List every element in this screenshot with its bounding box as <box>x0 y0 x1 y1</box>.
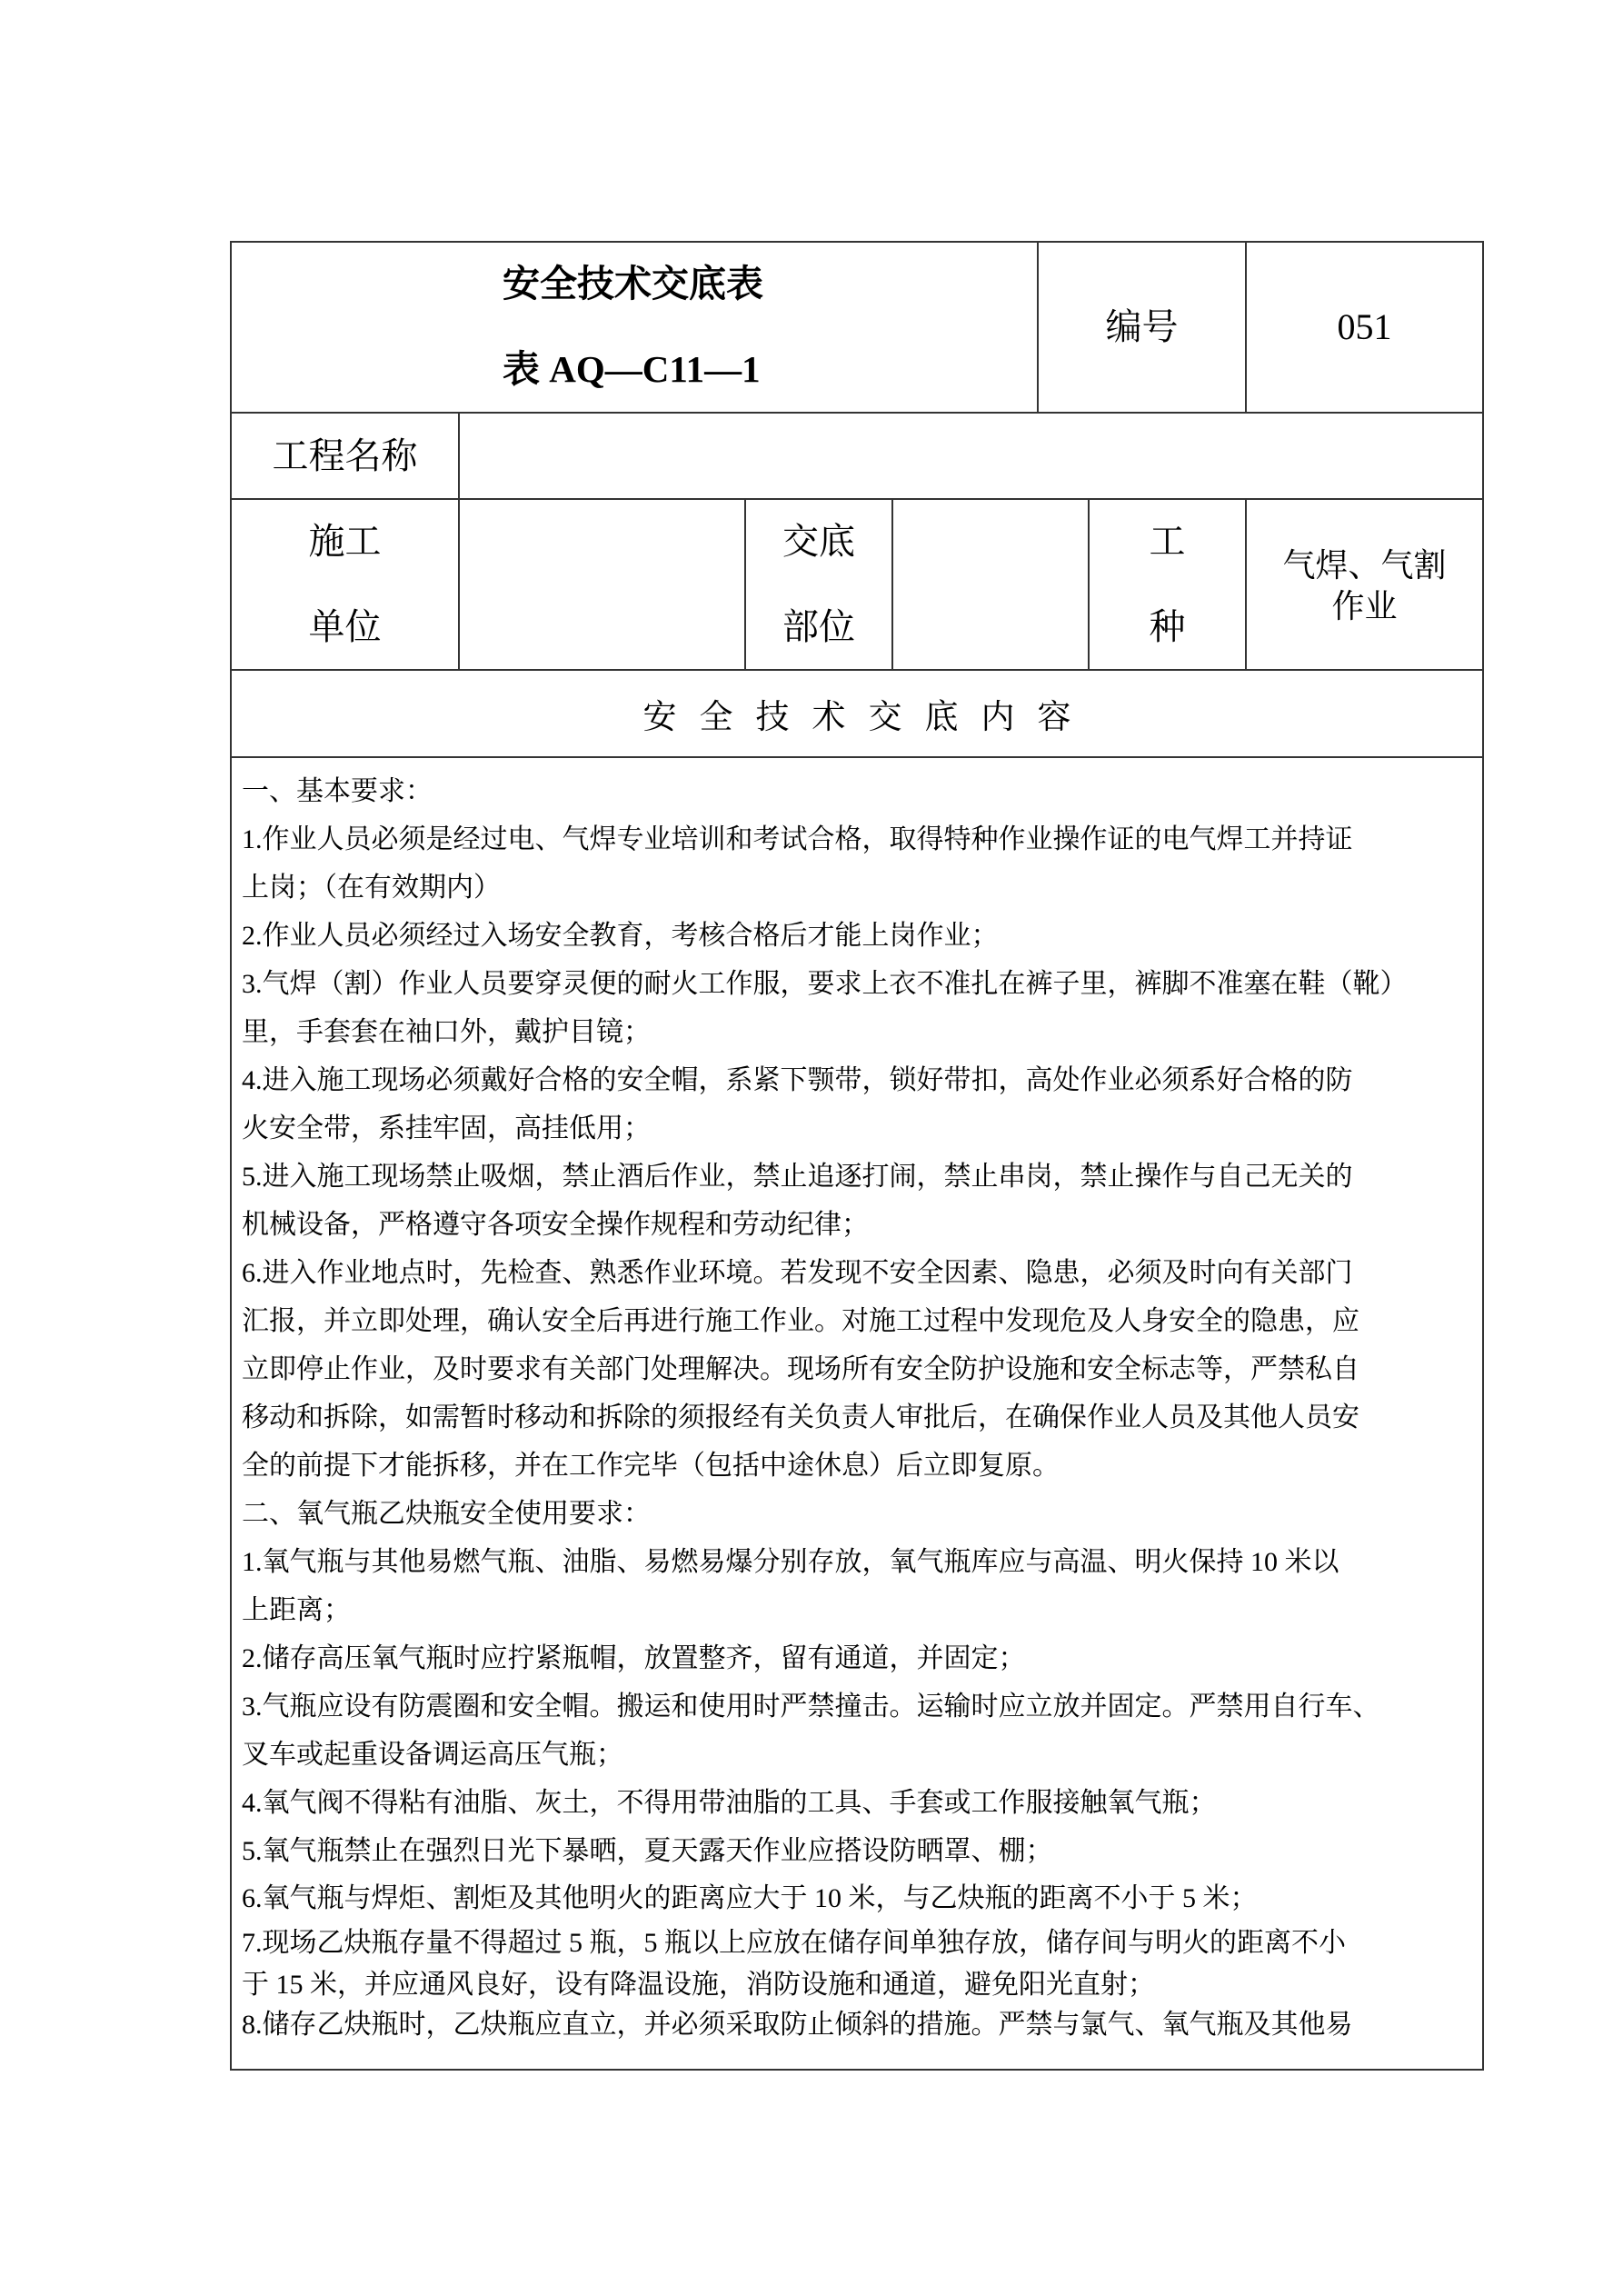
number-value: 051 <box>1338 309 1392 345</box>
content-line: 6.氧气瓶与焊炬、割炬及其他明火的距离应大于 10 米，与乙炔瓶的距离不小于 5… <box>242 1875 1479 1922</box>
contractor-field[interactable] <box>460 500 744 669</box>
project-name-label: 工程名称 <box>273 438 418 474</box>
content-line: 汇报，并立即处理，确认安全后再进行施工作业。对施工过程中发现危及人身安全的隐患，… <box>242 1297 1479 1345</box>
content-line: 叉车或起重设备调运高压气瓶； <box>242 1731 1479 1779</box>
number-label: 编号 <box>1106 309 1179 345</box>
project-name-field[interactable] <box>460 414 1482 498</box>
trade-value-line1: 气焊、气割 <box>1282 545 1446 586</box>
content-line: 上距离； <box>242 1586 1479 1634</box>
content-line: 5.进入施工现场禁止吸烟，禁止酒后作业，禁止追逐打闹，禁止串岗，禁止操作与自己无… <box>242 1153 1479 1201</box>
form-title: 安全技术交底表 <box>503 265 763 303</box>
content-line: 移动和拆除，如需暂时移动和拆除的须报经有关负责人审批后，在确保作业人员及其他人员… <box>242 1393 1479 1442</box>
location-field[interactable] <box>893 500 1088 669</box>
contractor-label-cell: 施工 单位 <box>232 500 458 669</box>
content-line: 8.储存乙炔瓶时，乙炔瓶应直立，并必须采取防止倾斜的措施。严禁与氯气、氧气瓶及其… <box>242 2005 1479 2045</box>
location-label-line1: 交底 <box>782 524 855 560</box>
content-line: 于 15 米，并应通风良好，设有降温设施，消防设施和通道，避免阳光直射； <box>242 1965 1479 2005</box>
location-label-line2: 部位 <box>782 609 855 645</box>
contractor-label-line1: 施工 <box>309 524 382 560</box>
content-line: 6.进入作业地点时，先检查、熟悉作业环境。若发现不安全因素、隐患，必须及时向有关… <box>242 1249 1479 1297</box>
trade-label-line1: 工 <box>1150 524 1186 560</box>
content-body: 一、基本要求： 1.作业人员必须是经过电、气焊专业培训和考试合格，取得特种作业操… <box>242 767 1479 2045</box>
trade-label-line2: 种 <box>1150 609 1186 645</box>
content-line: 3.气瓶应设有防震圈和安全帽。搬运和使用时严禁撞击。运输时应立放并固定。严禁用自… <box>242 1682 1479 1731</box>
content-line: 3.气焊（割）作业人员要穿灵便的耐火工作服，要求上衣不准扎在裤子里，裤脚不准塞在… <box>242 960 1479 1008</box>
content-line: 立即停止作业，及时要求有关部门处理解决。现场所有安全防护设施和安全标志等，严禁私… <box>242 1345 1479 1393</box>
row-divider <box>230 756 1484 758</box>
content-line: 全的前提下才能拆移，并在工作完毕（包括中途休息）后立即复原。 <box>242 1442 1479 1490</box>
number-label-cell: 编号 <box>1039 243 1245 412</box>
content-line: 一、基本要求： <box>242 767 1479 815</box>
project-name-label-cell: 工程名称 <box>232 414 458 498</box>
trade-value-line2: 作业 <box>1331 586 1397 627</box>
form-code: 表 AQ—C11—1 <box>503 351 761 388</box>
number-value-cell: 051 <box>1247 243 1482 412</box>
content-section-title: 安全技术交底内容 <box>621 689 1094 738</box>
content-line: 上岗；（在有效期内） <box>242 863 1479 912</box>
content-line: 火安全带，系挂牢固，高挂低用； <box>242 1104 1479 1153</box>
content-line: 里，手套套在袖口外，戴护目镜； <box>242 1008 1479 1056</box>
content-line: 5.氧气瓶禁止在强烈日光下暴晒，夏天露天作业应搭设防晒罩、棚； <box>242 1827 1479 1875</box>
content-line: 4.进入施工现场必须戴好合格的安全帽，系紧下颚带，锁好带扣，高处作业必须系好合格… <box>242 1056 1479 1104</box>
content-section-header: 安全技术交底内容 <box>232 671 1482 756</box>
content-line: 二、氧气瓶乙炔瓶安全使用要求： <box>242 1490 1479 1538</box>
content-line: 4.氧气阀不得粘有油脂、灰土，不得用带油脂的工具、手套或工作服接触氧气瓶； <box>242 1779 1479 1827</box>
content-line: 1.作业人员必须是经过电、气焊专业培训和考试合格，取得特种作业操作证的电气焊工并… <box>242 815 1479 863</box>
content-line: 7.现场乙炔瓶存量不得超过 5 瓶，5 瓶以上应放在储存间单独存放，储存间与明火… <box>242 1922 1479 1965</box>
content-line: 机械设备，严格遵守各项安全操作规程和劳动纪律； <box>242 1201 1479 1249</box>
location-label-cell: 交底 部位 <box>746 500 891 669</box>
content-line: 2.作业人员必须经过入场安全教育，考核合格后才能上岗作业； <box>242 912 1479 960</box>
trade-value-cell[interactable]: 气焊、气割 作业 <box>1247 500 1482 669</box>
contractor-label-line2: 单位 <box>309 609 382 645</box>
content-line: 2.储存高压氧气瓶时应拧紧瓶帽，放置整齐，留有通道，并固定； <box>242 1634 1479 1682</box>
trade-label-cell: 工 种 <box>1090 500 1245 669</box>
content-line: 1.氧气瓶与其他易燃气瓶、油脂、易燃易爆分别存放，氧气瓶库应与高温、明火保持 1… <box>242 1538 1479 1586</box>
